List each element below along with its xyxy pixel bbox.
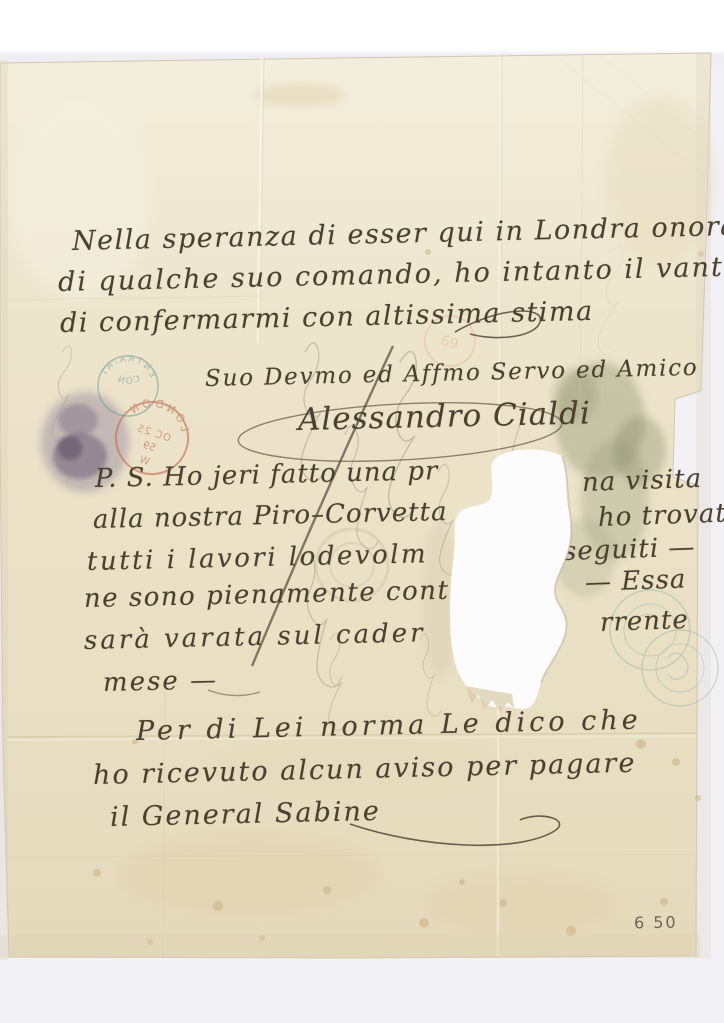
torn-hole <box>450 449 571 709</box>
letter-scan-photo: ENTRA-RT CON LONDON OC 25 59 W 69 <box>0 0 724 1023</box>
tear-and-flourish-layer <box>0 0 724 1023</box>
catalog-number: 6 50 <box>634 913 678 933</box>
